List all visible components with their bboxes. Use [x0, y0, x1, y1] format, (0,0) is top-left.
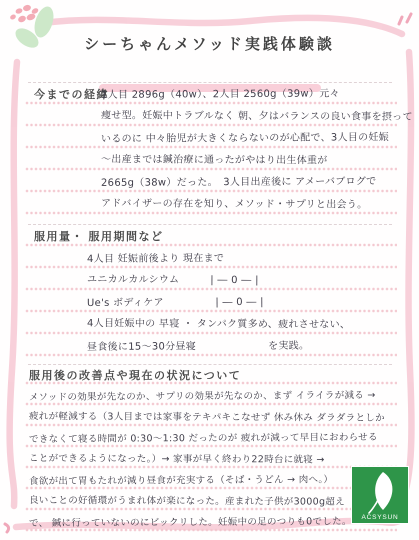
handwriting-line: できなくて寝る時間が 0:30〜1:30 だったのが 疲れが減って早目におわらせ…: [29, 427, 397, 450]
section-divider: [28, 364, 392, 365]
section-dosage: 服用量・ 服用期間など 4人目 妊娠前後より 現在まで ユニカルカルシウム | …: [25, 226, 397, 358]
section-header: 服用後の改善点や現在の状況について: [25, 366, 397, 386]
handwriting-line: 良いことの好循環がうまれ体が楽になった。産まれた子供が3000g超え: [29, 490, 397, 513]
handwriting-line: 〜出産までは鍼治療に通ったがやはり出生体重が: [101, 149, 397, 173]
handwriting-line: 2665g（38w）だった。 3人目出産後に アメーバブログで: [101, 171, 397, 195]
leaf-icon: [352, 467, 408, 515]
handwriting-line: 食欲が出て胃もたれが減り昼食が充実する（そば・うどん → 肉へ。）: [29, 469, 397, 492]
acsysun-logo: ACSYSUN: [352, 467, 408, 523]
section-header: 今までの経緯: [34, 84, 109, 106]
handwriting-line: 痩せ型。妊娠中トラブルなく 朝、夕はバランスの良い食事を摂って: [101, 105, 397, 129]
testimonial-page: シーちゃんメソッド実践体験談 今までの経緯 1人目 2896g（40w）、2人目…: [0, 0, 419, 540]
handwriting-line: 4人目 妊娠前後より 現在まで: [87, 247, 397, 271]
section-header: 服用量・ 服用期間など: [25, 226, 397, 248]
logo-text: ACSYSUN: [352, 514, 408, 521]
handwriting-line: 4人目妊娠中の 早寝 ・ タンパク質多め、疲れさせない、: [87, 313, 397, 337]
handwriting-line: いるのに 中々胎児が大きくならないのが心配で、3人目の妊娠: [101, 127, 397, 151]
page-title: シーちゃんメソッド実践体験談: [0, 33, 419, 54]
handwriting-line: アドバイザーの存在を知り、メソッド・サプリと出会う。: [101, 193, 397, 217]
handwriting-line: 昼食後に15〜30分昼寝 を実践。: [87, 335, 397, 359]
handwriting-line: ことができるようになった。）→ 家事が早く終わり22時台に就寝 →: [29, 448, 397, 471]
handwriting-line: ユニカルカルシウム | ― 0 ― |: [87, 269, 397, 293]
handwriting-line: 1人目 2896g（40w）、2人目 2560g（39w）元々: [101, 83, 397, 107]
handwriting-line: メソッドの効果が先なのか、サプリの効果が先なのか、まず イライラが減る →: [29, 385, 397, 408]
section-divider: [28, 224, 392, 225]
section-improvements: 服用後の改善点や現在の状況について メソッドの効果が先なのか、サプリの効果が先な…: [25, 366, 397, 533]
handwriting-line: 疲れが軽減する（3人目までは家事をテキパキこなせず 休み休み ダラダラとしか: [29, 406, 397, 429]
section-background: 今までの経緯 1人目 2896g（40w）、2人目 2560g（39w）元々 痩…: [25, 84, 397, 216]
handwriting-line: で、 鍼に行っていないのにビックリした。妊娠中の足のつりも0でした。: [29, 511, 397, 534]
handwriting-line: Ue's ボディケア | ― 0 ― |: [87, 291, 397, 315]
